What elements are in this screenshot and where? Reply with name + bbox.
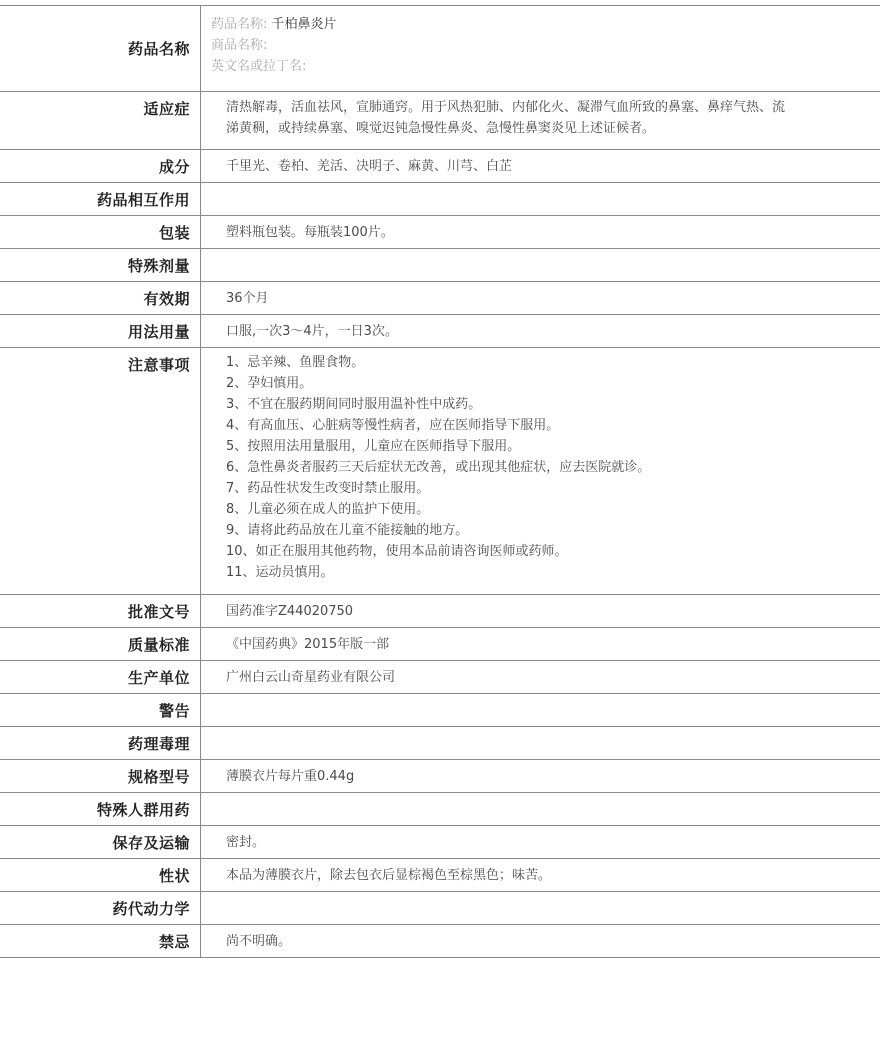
row-approval-number: 批准文号 国药准字Z44020750 [0, 595, 880, 628]
label-special-dosage: 特殊剂量 [0, 249, 201, 282]
precaution-item: 4、有高血压、心脏病等慢性病者，应在医师指导下服用。 [226, 415, 880, 436]
generic-name-value: 千柏鼻炎片 [272, 17, 337, 32]
value-special-populations [201, 793, 880, 826]
drug-spec-table: 药品名称 药品名称: 千柏鼻炎片 商品名称: 英文名或拉丁名: 适应症 清热 [0, 5, 880, 958]
english-name-key: 英文名或拉丁名: [211, 59, 306, 74]
row-packaging: 包装 塑料瓶包装。每瓶装100片。 [0, 216, 880, 249]
generic-name-line: 药品名称: 千柏鼻炎片 [211, 14, 880, 35]
row-quality-standard: 质量标准 《中国药典》2015年版一部 [0, 628, 880, 661]
row-specification: 规格型号 薄膜衣片每片重0.44g [0, 760, 880, 793]
row-pharmacokinetics: 药代动力学 [0, 892, 880, 925]
value-warning [201, 694, 880, 727]
value-shelf-life: 36个月 [201, 282, 880, 315]
value-manufacturer: 广州白云山奇星药业有限公司 [201, 661, 880, 694]
precaution-item: 1、忌辛辣、鱼腥食物。 [226, 352, 880, 373]
label-pharmacokinetics: 药代动力学 [0, 892, 201, 925]
value-indication: 清热解毒，活血祛风，宣肺通窍。用于风热犯肺、内郁化火、凝滞气血所致的鼻塞、鼻痒气… [226, 97, 796, 139]
value-approval-number: 国药准字Z44020750 [201, 595, 880, 628]
label-drug-name: 药品名称 [0, 6, 201, 92]
label-specification: 规格型号 [0, 760, 201, 793]
value-interactions [201, 183, 880, 216]
row-warning: 警告 [0, 694, 880, 727]
row-drug-name: 药品名称 药品名称: 千柏鼻炎片 商品名称: 英文名或拉丁名: [0, 6, 880, 92]
row-contraindications: 禁忌 尚不明确。 [0, 925, 880, 958]
row-indication: 适应症 清热解毒，活血祛风，宣肺通窍。用于风热犯肺、内郁化火、凝滞气血所致的鼻塞… [0, 92, 880, 150]
precaution-item: 11、运动员慎用。 [226, 562, 880, 583]
label-interactions: 药品相互作用 [0, 183, 201, 216]
row-ingredients: 成分 千里光、卷柏、羌活、决明子、麻黄、川芎、白芷 [0, 150, 880, 183]
label-indication: 适应症 [0, 92, 201, 150]
label-ingredients: 成分 [0, 150, 201, 183]
label-warning: 警告 [0, 694, 201, 727]
row-special-populations: 特殊人群用药 [0, 793, 880, 826]
precaution-item: 7、药品性状发生改变时禁止服用。 [226, 478, 880, 499]
value-pharmacokinetics [201, 892, 880, 925]
value-pharmacology [201, 727, 880, 760]
value-storage: 密封。 [201, 826, 880, 859]
precaution-item: 8、儿童必须在成人的监护下使用。 [226, 499, 880, 520]
label-special-populations: 特殊人群用药 [0, 793, 201, 826]
value-drug-name: 药品名称: 千柏鼻炎片 商品名称: 英文名或拉丁名: [201, 6, 880, 92]
precaution-item: 5、按照用法用量服用，儿童应在医师指导下服用。 [226, 436, 880, 457]
value-special-dosage [201, 249, 880, 282]
label-quality-standard: 质量标准 [0, 628, 201, 661]
value-specification: 薄膜衣片每片重0.44g [201, 760, 880, 793]
precaution-item: 2、孕妇慎用。 [226, 373, 880, 394]
value-precautions: 1、忌辛辣、鱼腥食物。 2、孕妇慎用。 3、不宜在服药期间同时服用温补性中成药。… [201, 348, 880, 595]
row-pharmacology: 药理毒理 [0, 727, 880, 760]
row-storage: 保存及运输 密封。 [0, 826, 880, 859]
label-description: 性状 [0, 859, 201, 892]
row-description: 性状 本品为薄膜衣片，除去包衣后显棕褐色至棕黑色；味苦。 [0, 859, 880, 892]
value-indication-cell: 清热解毒，活血祛风，宣肺通窍。用于风热犯肺、内郁化火、凝滞气血所致的鼻塞、鼻痒气… [201, 92, 880, 150]
label-precautions: 注意事项 [0, 348, 201, 595]
label-pharmacology: 药理毒理 [0, 727, 201, 760]
row-manufacturer: 生产单位 广州白云山奇星药业有限公司 [0, 661, 880, 694]
label-dosage: 用法用量 [0, 315, 201, 348]
english-name-line: 英文名或拉丁名: [211, 56, 880, 77]
precaution-item: 9、请将此药品放在儿童不能接触的地方。 [226, 520, 880, 541]
row-precautions: 注意事项 1、忌辛辣、鱼腥食物。 2、孕妇慎用。 3、不宜在服药期间同时服用温补… [0, 348, 880, 595]
label-shelf-life: 有效期 [0, 282, 201, 315]
precautions-list: 1、忌辛辣、鱼腥食物。 2、孕妇慎用。 3、不宜在服药期间同时服用温补性中成药。… [226, 352, 880, 583]
row-dosage: 用法用量 口服,一次3～4片，一日3次。 [0, 315, 880, 348]
label-storage: 保存及运输 [0, 826, 201, 859]
value-dosage: 口服,一次3～4片，一日3次。 [201, 315, 880, 348]
value-contraindications: 尚不明确。 [201, 925, 880, 958]
precaution-item: 10、如正在服用其他药物，使用本品前请咨询医师或药师。 [226, 541, 880, 562]
label-packaging: 包装 [0, 216, 201, 249]
label-manufacturer: 生产单位 [0, 661, 201, 694]
value-quality-standard: 《中国药典》2015年版一部 [201, 628, 880, 661]
precaution-item: 3、不宜在服药期间同时服用温补性中成药。 [226, 394, 880, 415]
label-contraindications: 禁忌 [0, 925, 201, 958]
trade-name-line: 商品名称: [211, 35, 880, 56]
generic-name-key: 药品名称: [211, 17, 267, 32]
value-packaging: 塑料瓶包装。每瓶装100片。 [201, 216, 880, 249]
row-interactions: 药品相互作用 [0, 183, 880, 216]
precaution-item: 6、急性鼻炎者服药三天后症状无改善，或出现其他症状，应去医院就诊。 [226, 457, 880, 478]
label-approval-number: 批准文号 [0, 595, 201, 628]
row-shelf-life: 有效期 36个月 [0, 282, 880, 315]
trade-name-key: 商品名称: [211, 38, 267, 53]
value-description: 本品为薄膜衣片，除去包衣后显棕褐色至棕黑色；味苦。 [201, 859, 880, 892]
value-ingredients: 千里光、卷柏、羌活、决明子、麻黄、川芎、白芷 [201, 150, 880, 183]
row-special-dosage: 特殊剂量 [0, 249, 880, 282]
